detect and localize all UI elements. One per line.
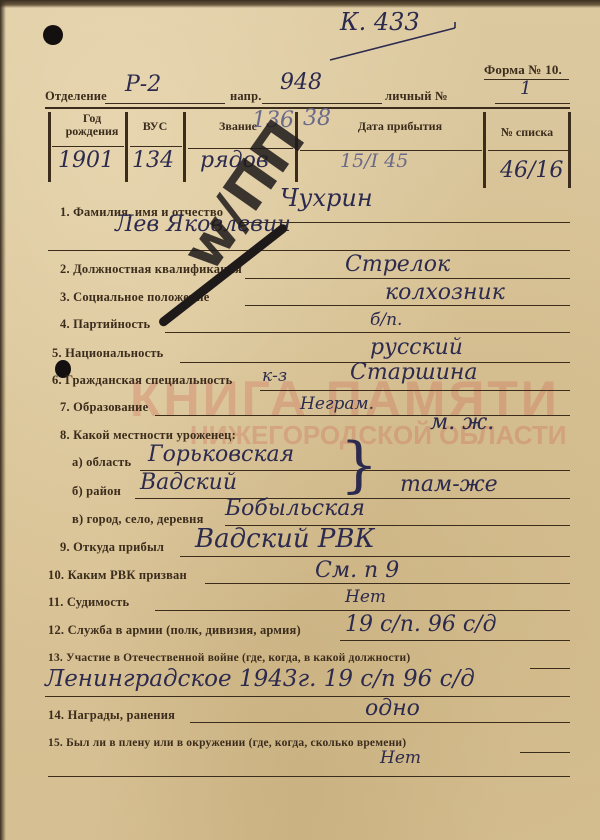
field-line [260, 390, 570, 391]
col-header-arrival-date: Дата прибытия [340, 120, 460, 133]
field-11-label: 11. Судимость [48, 595, 129, 610]
nationality-value: русский [370, 335, 463, 360]
field-line [155, 415, 570, 416]
army-service-value: 19 с/п. 96 с/д [345, 612, 497, 637]
field-8b-label: б) район [72, 484, 121, 499]
awards-wounds-value: одно [365, 696, 420, 721]
table-divider [183, 112, 186, 182]
field-14-label: 14. Награды, ранения [48, 708, 175, 723]
arrival-annotation: 38 [303, 106, 331, 131]
surname-value: Чухрин [280, 184, 373, 212]
qualification-value: Стрелок [345, 252, 450, 277]
region-value: Горьковская [148, 442, 294, 467]
field-6-label: 6. Гражданская специальность [52, 373, 232, 388]
field-10-label: 10. Каким РВК призван [48, 568, 187, 583]
drafted-by-value: См. п 9 [315, 558, 399, 583]
brace-icon: } [340, 430, 378, 500]
field-12-label: 12. Служба в армии (полк, дивизия, армия… [48, 623, 301, 638]
field-line [245, 305, 570, 306]
field-line [45, 696, 570, 697]
field-line [205, 583, 570, 584]
direction-label: напр. [230, 89, 262, 104]
arrival-date-value: 15/I 45 [340, 150, 408, 172]
col-underline [52, 146, 124, 147]
village-value: Бобыльская [225, 496, 365, 521]
department-label: Отделение [45, 89, 107, 104]
field-8-label: 8. Какой местности уроженец: [60, 428, 236, 443]
table-divider [48, 112, 51, 182]
field-line [340, 640, 570, 641]
col-underline [488, 150, 568, 151]
field-5-label: 5. Национальность [52, 346, 163, 361]
col-header-birth-year: Год рождения [62, 112, 122, 138]
field-line [180, 556, 570, 557]
party-value: б/п. [370, 310, 402, 330]
personal-number-line [495, 103, 570, 104]
field-15-label: 15. Был ли в плену или в окружении (где,… [48, 737, 406, 749]
birthplace-note: м. ж. [430, 410, 494, 435]
captivity-value: Нет [380, 748, 421, 768]
education-value: Неграм. [300, 394, 374, 414]
table-divider [568, 112, 571, 188]
punch-hole-top [43, 25, 63, 45]
field-line [48, 250, 570, 251]
direction-line [262, 103, 382, 104]
civil-specialty-prefix: к-з [262, 366, 287, 386]
paper-left-edge [0, 0, 6, 840]
civil-specialty-value: Старшина [350, 360, 478, 385]
form-label: Форма № 10. [484, 62, 562, 78]
conviction-value: Нет [345, 587, 386, 607]
arrived-from-value: Вадский РВК [195, 524, 375, 554]
war-participation-value: Ленинградское 1943г. 19 с/п 96 с/д [45, 666, 475, 692]
district-side-note: там-же [400, 472, 498, 497]
field-line [530, 668, 570, 669]
department-line [105, 103, 225, 104]
col-header-list-number: № списка [488, 126, 566, 139]
field-9-label: 9. Откуда прибыл [60, 540, 164, 555]
field-line [48, 776, 570, 777]
field-4-label: 4. Партийность [60, 317, 150, 332]
district-value: Вадский [140, 470, 237, 495]
field-line [155, 610, 570, 611]
col-underline [130, 146, 182, 147]
direction-value: 948 [280, 70, 322, 95]
field-7-label: 7. Образование [60, 400, 148, 415]
table-divider [483, 112, 486, 188]
field-8a-label: а) область [72, 455, 131, 470]
department-value: Р-2 [125, 72, 161, 97]
field-line [245, 278, 570, 279]
field-13-label: 13. Участие в Отечественной войне (где, … [48, 652, 410, 664]
table-divider [125, 112, 128, 182]
personal-number-value: 1 [520, 78, 531, 99]
col-header-vus: ВУС [130, 120, 180, 133]
field-line [165, 332, 570, 333]
list-number-value: 46/16 [500, 158, 563, 183]
field-line [190, 722, 570, 723]
field-8c-label: в) город, село, деревня [72, 512, 204, 527]
archive-arrow-icon [325, 20, 465, 65]
paper-top-edge [0, 0, 600, 8]
vus-value: 134 [132, 148, 174, 173]
field-line [520, 752, 570, 753]
birth-year-value: 1901 [58, 148, 114, 173]
social-status-value: колхозник [385, 280, 505, 305]
personal-number-label: личный № [385, 89, 448, 104]
